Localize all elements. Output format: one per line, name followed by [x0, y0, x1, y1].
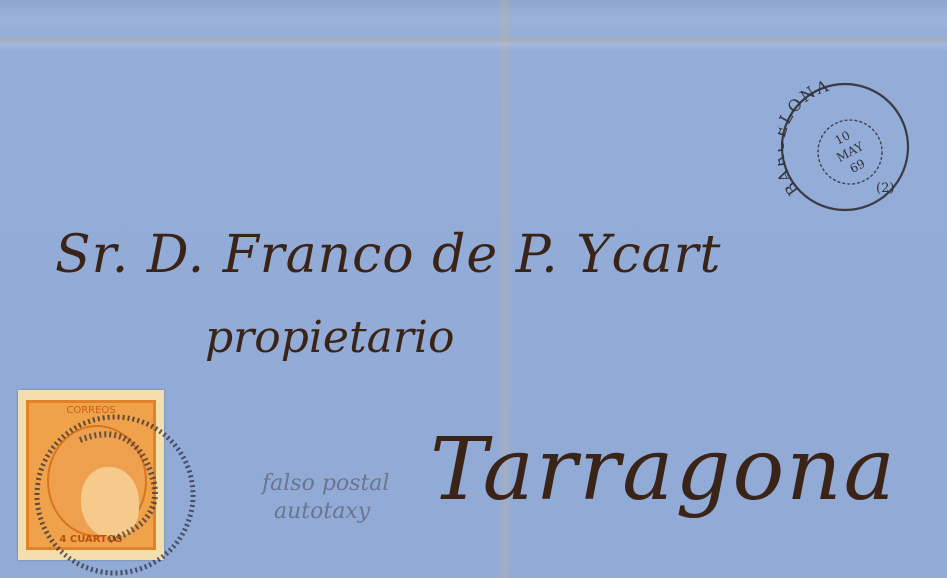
barcelona-postmark: BARCELONA 10 MAY 69 (2) [778, 80, 912, 214]
address-line-recipient: Sr. D. Franco de P. Ycart [55, 225, 721, 285]
pencil-note: falso postal autotaxy [262, 470, 389, 526]
postmark-city: BARCELONA [778, 80, 832, 199]
horizontal-fold [0, 36, 947, 44]
cancellation-mark [20, 410, 210, 578]
svg-text:BARCELONA: BARCELONA [778, 80, 832, 199]
pencil-note-line1: falso postal [262, 470, 389, 498]
address-line-occupation: propietario [205, 312, 454, 363]
pencil-note-line2: autotaxy [262, 498, 389, 526]
address-line-city: Tarragona [430, 420, 897, 520]
postmark-number: (2) [876, 181, 894, 196]
